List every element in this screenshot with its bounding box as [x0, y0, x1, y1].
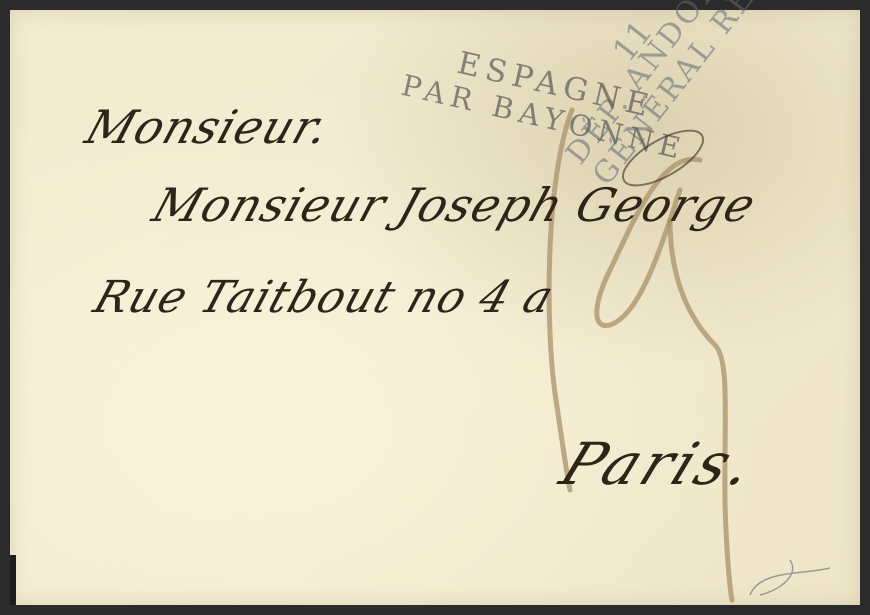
street-address-text: Rue Taitbout no 4 a: [88, 272, 561, 323]
rate-stroke-right: [670, 220, 732, 600]
salutation-text: Monsieur.: [79, 100, 337, 154]
corner-mark-stroke: [750, 560, 830, 595]
recipient-name-text: Monsieur Joseph George: [146, 178, 763, 232]
rate-stroke-left: [549, 110, 572, 490]
city-text: Paris.: [551, 430, 768, 498]
